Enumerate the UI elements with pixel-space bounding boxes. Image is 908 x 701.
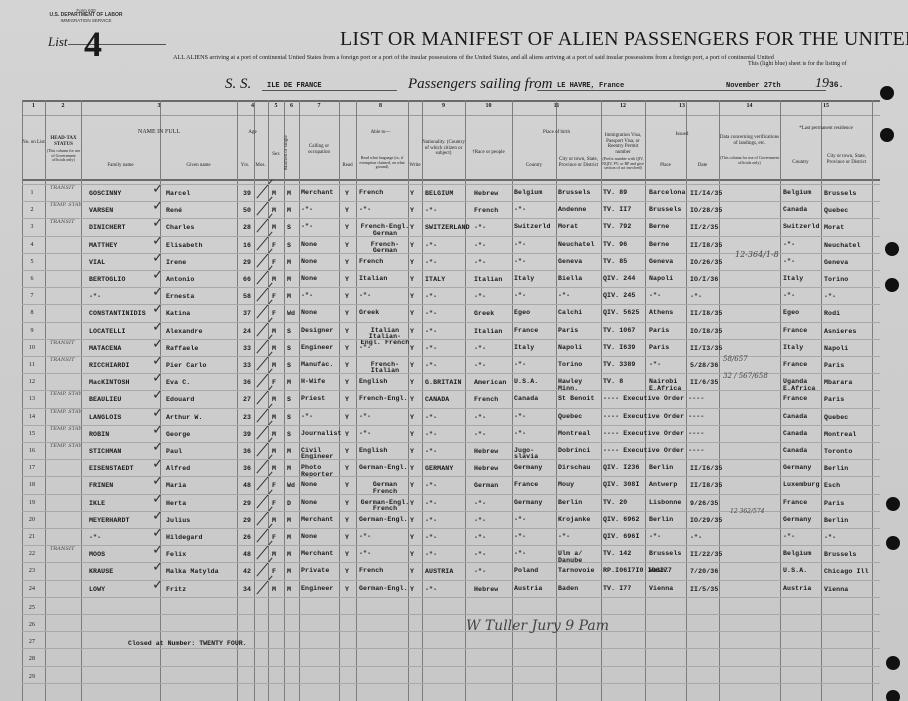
cell-status: TEMP. STAY: [50, 391, 82, 397]
cell-no: 23: [22, 568, 42, 574]
cell-family: BEAULIEU: [89, 396, 121, 403]
list-underline: [68, 44, 166, 45]
cell-write: Y: [410, 379, 414, 386]
cell-birth-city: Dobrinci: [558, 448, 590, 454]
row-divider: [22, 270, 880, 271]
cell-age: 29: [243, 500, 251, 507]
cell-issued-date: II/I8/35: [690, 242, 722, 249]
cell-family: ROBIN: [89, 431, 109, 438]
cell-issued-date: II/I3/35: [690, 345, 722, 352]
row-divider: [22, 304, 880, 305]
cell-family: EISENSTAEDT: [89, 465, 134, 472]
cell-nationality: -"-: [425, 414, 437, 421]
cell-race: -"-: [474, 568, 486, 575]
cell-age: 34: [243, 586, 251, 593]
cell-write: Y: [410, 414, 414, 421]
cell-age: 29: [243, 259, 251, 266]
cell-nationality: -"-: [425, 551, 437, 558]
cell-ms: M: [287, 207, 291, 214]
cell-status: TEMP. STAY: [50, 202, 82, 208]
cell-nationality: AUSTRIA: [425, 568, 453, 575]
cell-occupation: Designer: [301, 328, 333, 334]
cell-birth-country: France: [514, 328, 538, 334]
cell-race: Greek: [474, 310, 494, 317]
cell-issued-date: IO/28/35: [690, 207, 722, 214]
cell-birth-city: Quebec: [558, 414, 582, 420]
cell-no: 6: [22, 276, 42, 282]
cell-visa: ---- Executive Order ----: [603, 396, 704, 402]
cell-read: Y: [345, 362, 349, 369]
cell-visa: TV. 1067: [603, 328, 635, 334]
cell-read: Y: [345, 276, 349, 283]
cell-read: Y: [345, 207, 349, 214]
cell-birth-country: -"-: [514, 362, 526, 368]
header-residence-city: City or town, State, Province or Distric…: [821, 154, 872, 165]
cell-res-city: Morat: [824, 224, 844, 231]
cell-family: MEYERHARDT: [89, 517, 130, 524]
cell-issued-date: II/6/35: [690, 379, 718, 386]
cell-given: Marcel: [166, 190, 190, 197]
cell-sex: M: [272, 586, 276, 593]
cell-nationality: -"-: [425, 345, 437, 352]
cell-write: Y: [410, 276, 414, 283]
cell-read: Y: [345, 500, 349, 507]
cell-issued-date: II/I8/35: [690, 482, 722, 489]
cell-given: Julius: [166, 517, 190, 524]
cell-ms: S: [287, 328, 291, 335]
header-verification: Data concerning verifications of landing…: [719, 135, 780, 146]
cell-issued-date: 9/26/35: [690, 500, 718, 507]
cell-res-country: -"-: [783, 534, 795, 540]
page-title: LIST OR MANIFEST OF ALIEN PASSENGERS FOR…: [340, 28, 908, 51]
cell-given: Maria: [166, 482, 186, 489]
cell-read: Y: [345, 379, 349, 386]
cell-family: RICCHIARDI: [89, 362, 130, 369]
cell-read: Y: [345, 448, 349, 455]
column-number: 5: [268, 103, 284, 109]
cell-visa: TV. 3389: [603, 362, 635, 368]
cell-given: Alfred: [166, 465, 190, 472]
cell-birth-city: Tarnovoie: [558, 568, 595, 574]
cell-language: -"-: [359, 414, 371, 420]
department-header: Form 630 U.S. DEPARTMENT OF LABOR IMMIGR…: [44, 8, 128, 23]
cell-ms: M: [287, 379, 291, 386]
header-nationality: Nationality. (Country of which citizen o…: [422, 140, 465, 157]
manifest-sheet: Form 630 U.S. DEPARTMENT OF LABOR IMMIGR…: [0, 0, 908, 701]
cell-age: 24: [243, 328, 251, 335]
cell-res-country: Austria: [783, 586, 811, 592]
cell-family: IKLE: [89, 500, 105, 507]
cell-visa: QIV. 696I: [603, 534, 640, 540]
cell-nationality: -"-: [425, 207, 437, 214]
cell-nationality: -"-: [425, 500, 437, 507]
column-number: 14: [719, 103, 780, 109]
binder-hole-icon: [880, 86, 894, 100]
cell-age: 48: [243, 482, 251, 489]
cell-read: Y: [345, 465, 349, 472]
cell-no: 28: [22, 656, 42, 662]
row-divider: [22, 425, 880, 426]
binder-hole-icon: [880, 128, 894, 142]
cell-no: 14: [22, 414, 42, 420]
column-number: 3: [81, 103, 237, 109]
cell-age: 66: [243, 276, 251, 283]
cell-issued-date: -"-: [690, 293, 702, 300]
cell-sex: M: [272, 551, 276, 558]
header-write: Write: [408, 163, 422, 169]
cell-issued-place: Wash.: [649, 568, 669, 574]
cell-ms: S: [287, 431, 291, 438]
cell-status: TRANSIT: [50, 357, 75, 363]
cell-ms: M: [287, 465, 291, 472]
cell-family: MATACENA: [89, 345, 121, 352]
cell-write: Y: [410, 345, 414, 352]
cell-ms: S: [287, 242, 291, 249]
cell-birth-country: -"-: [514, 207, 526, 213]
sailing-label: Passengers sailing from: [408, 76, 552, 93]
cell-birth-country: Italy: [514, 345, 534, 351]
cell-nationality: -"-: [425, 448, 437, 455]
binder-hole-icon: [885, 278, 899, 292]
cell-issued-place: Brussels: [649, 207, 681, 213]
cell-occupation: -"-: [301, 224, 313, 230]
cell-given: Paul: [166, 448, 182, 455]
row-divider: [22, 580, 880, 581]
cell-occupation: Engineer: [301, 586, 333, 592]
cell-age: 36: [243, 465, 251, 472]
cell-status: TRANSIT: [50, 219, 75, 225]
cell-occupation: -"-: [301, 414, 313, 420]
cell-res-city: Mbarara: [824, 379, 852, 386]
cell-given: René: [166, 207, 182, 214]
cell-issued-date: IO/26/35: [690, 259, 722, 266]
cell-occupation: Merchant: [301, 551, 333, 557]
header-months: Mos.: [253, 163, 268, 169]
cell-write: Y: [410, 568, 414, 575]
column-number: 6: [284, 103, 299, 109]
header-sex: Sex: [268, 152, 284, 158]
cell-res-city: Paris: [824, 362, 844, 369]
cell-sex: F: [272, 259, 276, 266]
cell-read: Y: [345, 328, 349, 335]
binder-hole-icon: [885, 242, 899, 256]
cell-issued-place: Lisbonne: [649, 500, 681, 506]
empty-table-row: 29: [0, 671, 858, 688]
empty-table-row: 25: [0, 602, 858, 619]
cell-given: Edouard: [166, 396, 194, 403]
cell-res-country: Belgium: [783, 190, 811, 196]
cell-issued-place: -"-: [649, 293, 661, 299]
cell-occupation: H-Wife: [301, 379, 325, 385]
cell-nationality: BELGIUM: [425, 190, 453, 197]
cell-occupation: None: [301, 259, 317, 265]
cell-birth-country: -"-: [514, 431, 526, 437]
cell-res-city: Asnieres: [824, 328, 856, 335]
cell-status: TEMP. STAY: [50, 443, 82, 449]
cell-race: -"-: [474, 517, 486, 524]
cell-occupation: None: [301, 500, 317, 506]
cell-nationality: -"-: [425, 242, 437, 249]
cell-res-country: Switzerld: [783, 224, 820, 230]
cell-family: MOOS: [89, 551, 105, 558]
cell-birth-city: Torino: [558, 362, 582, 368]
cell-occupation: None: [301, 242, 317, 248]
cell-occupation: Engineer: [301, 345, 333, 351]
cell-language: French: [359, 259, 383, 265]
cell-visa: TV. I639: [603, 345, 635, 351]
cell-status: TEMP. STAY: [50, 409, 82, 415]
cell-birth-city: Montreal: [558, 431, 590, 437]
cell-visa: TV. II7: [603, 207, 631, 213]
cell-no: 3: [22, 224, 42, 230]
cell-res-city: Napoli: [824, 345, 848, 352]
row-divider: [22, 528, 880, 529]
cell-read: Y: [345, 482, 349, 489]
binder-hole-icon: [886, 536, 900, 550]
cell-age: 58: [243, 293, 251, 300]
cell-read: Y: [345, 431, 349, 438]
cell-birth-city: Geneva: [558, 259, 582, 265]
cell-sex: M: [272, 465, 276, 472]
verification-note: 58/657: [723, 355, 748, 363]
cell-age: 33: [243, 362, 251, 369]
cell-write: Y: [410, 500, 414, 507]
sailing-date: November 27th: [710, 82, 826, 91]
cell-res-city: Montreal: [824, 431, 856, 438]
cell-race: French: [474, 396, 498, 403]
header-no-on-list: No. on List: [22, 140, 45, 146]
cell-ms: M: [287, 568, 291, 575]
cell-language: French: [359, 190, 383, 196]
cell-occupation: None: [301, 534, 317, 540]
row-divider: [22, 545, 880, 546]
header-able-to: Able to—: [339, 130, 422, 136]
row-divider: [22, 236, 880, 237]
cell-birth-city: Morat: [558, 224, 578, 230]
cell-visa: TV. I77: [603, 586, 631, 592]
row-divider: [22, 356, 880, 357]
cell-birth-city: Krojanke: [558, 517, 590, 523]
header-visa: Immigration Visa, Passport Visa, or Reen…: [601, 133, 645, 155]
cell-birth-country: Germany: [514, 500, 542, 506]
cell-visa: TV. 142: [603, 551, 631, 557]
cell-sex: M: [272, 328, 276, 335]
cell-visa: TV. 89: [603, 190, 627, 196]
cell-write: Y: [410, 207, 414, 214]
cell-given: Pier Carlo: [166, 362, 207, 369]
header-birth-country: Country: [512, 163, 556, 169]
cell-given: Fritz: [166, 586, 186, 593]
cell-write: Y: [410, 259, 414, 266]
cell-visa: QIV. 5625: [603, 310, 640, 316]
cell-birth-country: Switzerld: [514, 224, 551, 230]
header-head-tax-note: (This column for use of Government offic…: [46, 149, 81, 163]
cell-birth-country: Belgium: [514, 190, 542, 196]
cell-status: TRANSIT: [50, 185, 75, 191]
binder-hole-icon: [886, 497, 900, 511]
cell-issued-place: Berlin: [649, 465, 673, 471]
cell-given: Katina: [166, 310, 190, 317]
cell-no: 18: [22, 482, 42, 488]
cell-read: Y: [345, 517, 349, 524]
column-number: 13: [645, 103, 719, 109]
cell-visa: TV. 792: [603, 224, 631, 230]
cell-issued-date: -"-: [690, 534, 702, 541]
cell-birth-city: Baden: [558, 586, 578, 592]
cell-family: BERTOGLIO: [89, 276, 126, 283]
row-divider: [22, 442, 880, 443]
cell-issued-place: Barcelona: [649, 190, 686, 196]
cell-res-city: Brussels: [824, 190, 856, 197]
cell-family: MacKINTOSH: [89, 379, 130, 386]
cell-ms: M: [287, 586, 291, 593]
cell-no: 16: [22, 448, 42, 454]
cell-age: 39: [243, 190, 251, 197]
cell-res-country: France: [783, 362, 807, 368]
cell-issued-place: Berne: [649, 242, 669, 248]
cell-no: 29: [22, 674, 42, 680]
header-years: Yrs.: [237, 163, 253, 169]
cell-birth-country: Poland: [514, 568, 538, 574]
cell-given: Elisabeth: [166, 242, 203, 249]
row-divider: [22, 201, 880, 202]
cell-res-city: Toronto: [824, 448, 852, 455]
header-married: Married or single: [284, 132, 299, 174]
row-divider: [22, 494, 880, 495]
cell-family: VARSEN: [89, 207, 113, 214]
column-number: 1: [22, 103, 45, 109]
row-divider: [22, 218, 880, 219]
cell-read: Y: [345, 293, 349, 300]
cell-visa: QIV. I236: [603, 465, 640, 471]
cell-res-country: France: [783, 500, 807, 506]
column-number: 11: [512, 103, 601, 109]
cell-write: Y: [410, 242, 414, 249]
cell-birth-country: U.S.A.: [514, 379, 538, 385]
cell-family: -"-: [89, 293, 101, 300]
cell-res-country: Germany: [783, 465, 811, 471]
cell-language: German-Engl.: [359, 465, 408, 471]
cell-ms: S: [287, 414, 291, 421]
cell-res-country: U.S.A.: [783, 568, 807, 574]
header-issued: Issued: [645, 132, 719, 138]
header-birth-city: City or town, State, Province or Distric…: [556, 157, 601, 168]
cell-res-country: Germany: [783, 517, 811, 523]
cell-birth-city: Paris: [558, 328, 578, 334]
cell-nationality: -"-: [425, 259, 437, 266]
cell-sex: M: [272, 190, 276, 197]
cell-no: 22: [22, 551, 42, 557]
cell-race: Italian: [474, 276, 502, 283]
cell-race: -"-: [474, 224, 486, 231]
sailing-year: 1936.: [815, 76, 843, 92]
cell-no: 13: [22, 396, 42, 402]
cell-given: Eva C.: [166, 379, 190, 386]
cell-write: Y: [410, 517, 414, 524]
cell-family: LOWY: [89, 586, 105, 593]
ship-name: ILE DE FRANCE: [262, 82, 397, 91]
cell-read: Y: [345, 242, 349, 249]
cell-birth-city: Berlin: [558, 500, 582, 506]
cell-race: -"-: [474, 242, 486, 249]
cell-no: 8: [22, 310, 42, 316]
cell-sex: M: [272, 414, 276, 421]
cell-occupation: Journalist: [301, 431, 342, 437]
row-divider: [22, 408, 880, 409]
cell-write: Y: [410, 190, 414, 197]
header-place-of-birth: Place of birth: [512, 130, 601, 136]
cell-issued-date: II/5/35: [690, 586, 718, 593]
cell-language: -"-: [359, 551, 371, 557]
cell-ms: M: [287, 448, 291, 455]
column-number: 9: [422, 103, 465, 109]
cell-read: Y: [345, 224, 349, 231]
cell-sex: F: [272, 482, 276, 489]
cell-given: Antonio: [166, 276, 194, 283]
cell-language: -"-: [359, 293, 371, 299]
cell-ms: M: [287, 276, 291, 283]
cell-res-city: Brussels: [824, 551, 856, 558]
column-number: 10: [465, 103, 512, 109]
cell-nationality: -"-: [425, 482, 437, 489]
cell-read: Y: [345, 259, 349, 266]
column-number: 7: [299, 103, 339, 109]
cell-language: -"-: [359, 207, 371, 213]
cell-race: -"-: [474, 500, 486, 507]
cell-family: MATTHEY: [89, 242, 117, 249]
cell-race: -"-: [474, 431, 486, 438]
cell-birth-city: Biella: [558, 276, 582, 282]
cell-birth-country: Egeo: [514, 310, 530, 316]
header-read-language: Read what language (or, if exemption cla…: [356, 156, 408, 170]
cell-race: Italian: [474, 328, 502, 335]
cell-read: Y: [345, 310, 349, 317]
cell-res-country: -"-: [783, 242, 795, 248]
cell-visa: QIV. 308I: [603, 482, 640, 488]
cell-visa: ---- Executive Order ----: [603, 431, 704, 437]
closing-statement: Closed at Number: TWENTY FOUR.: [128, 640, 247, 647]
cell-family: VIAL: [89, 259, 105, 266]
cell-issued-place: Berlin: [649, 517, 673, 523]
cell-language: Italian: [359, 276, 387, 282]
header-issued-date: Date: [686, 163, 719, 169]
cell-family: -"-: [89, 534, 101, 541]
cell-birth-city: -"-: [558, 534, 570, 540]
cell-write: Y: [410, 465, 414, 472]
cell-nationality: -"-: [425, 362, 437, 369]
cell-nationality: G.BRITAIN: [425, 379, 462, 386]
cell-birth-city: Andenne: [558, 207, 586, 213]
cell-ms: M: [287, 517, 291, 524]
cell-given: Felix: [166, 551, 186, 558]
cell-given: Alexandre: [166, 328, 203, 335]
cell-birth-city: Dirschau: [558, 465, 590, 471]
cell-sex: M: [272, 396, 276, 403]
cell-ms: Wd: [287, 310, 295, 317]
cell-write: Y: [410, 310, 414, 317]
cell-ms: M: [287, 551, 291, 558]
cell-visa: ---- Executive Order ----: [603, 414, 704, 420]
cell-res-country: Canada: [783, 431, 807, 437]
cell-res-country: Belgium: [783, 551, 811, 557]
row-divider: [22, 597, 880, 598]
cell-res-city: Vienna: [824, 586, 848, 593]
verification-note: 12-364/1-8: [735, 250, 779, 259]
cell-nationality: GERMANY: [425, 465, 453, 472]
cell-res-city: Neuchatel: [824, 242, 861, 249]
cell-issued-place: Berne: [649, 224, 669, 230]
cell-visa: TV. 20: [603, 500, 627, 506]
